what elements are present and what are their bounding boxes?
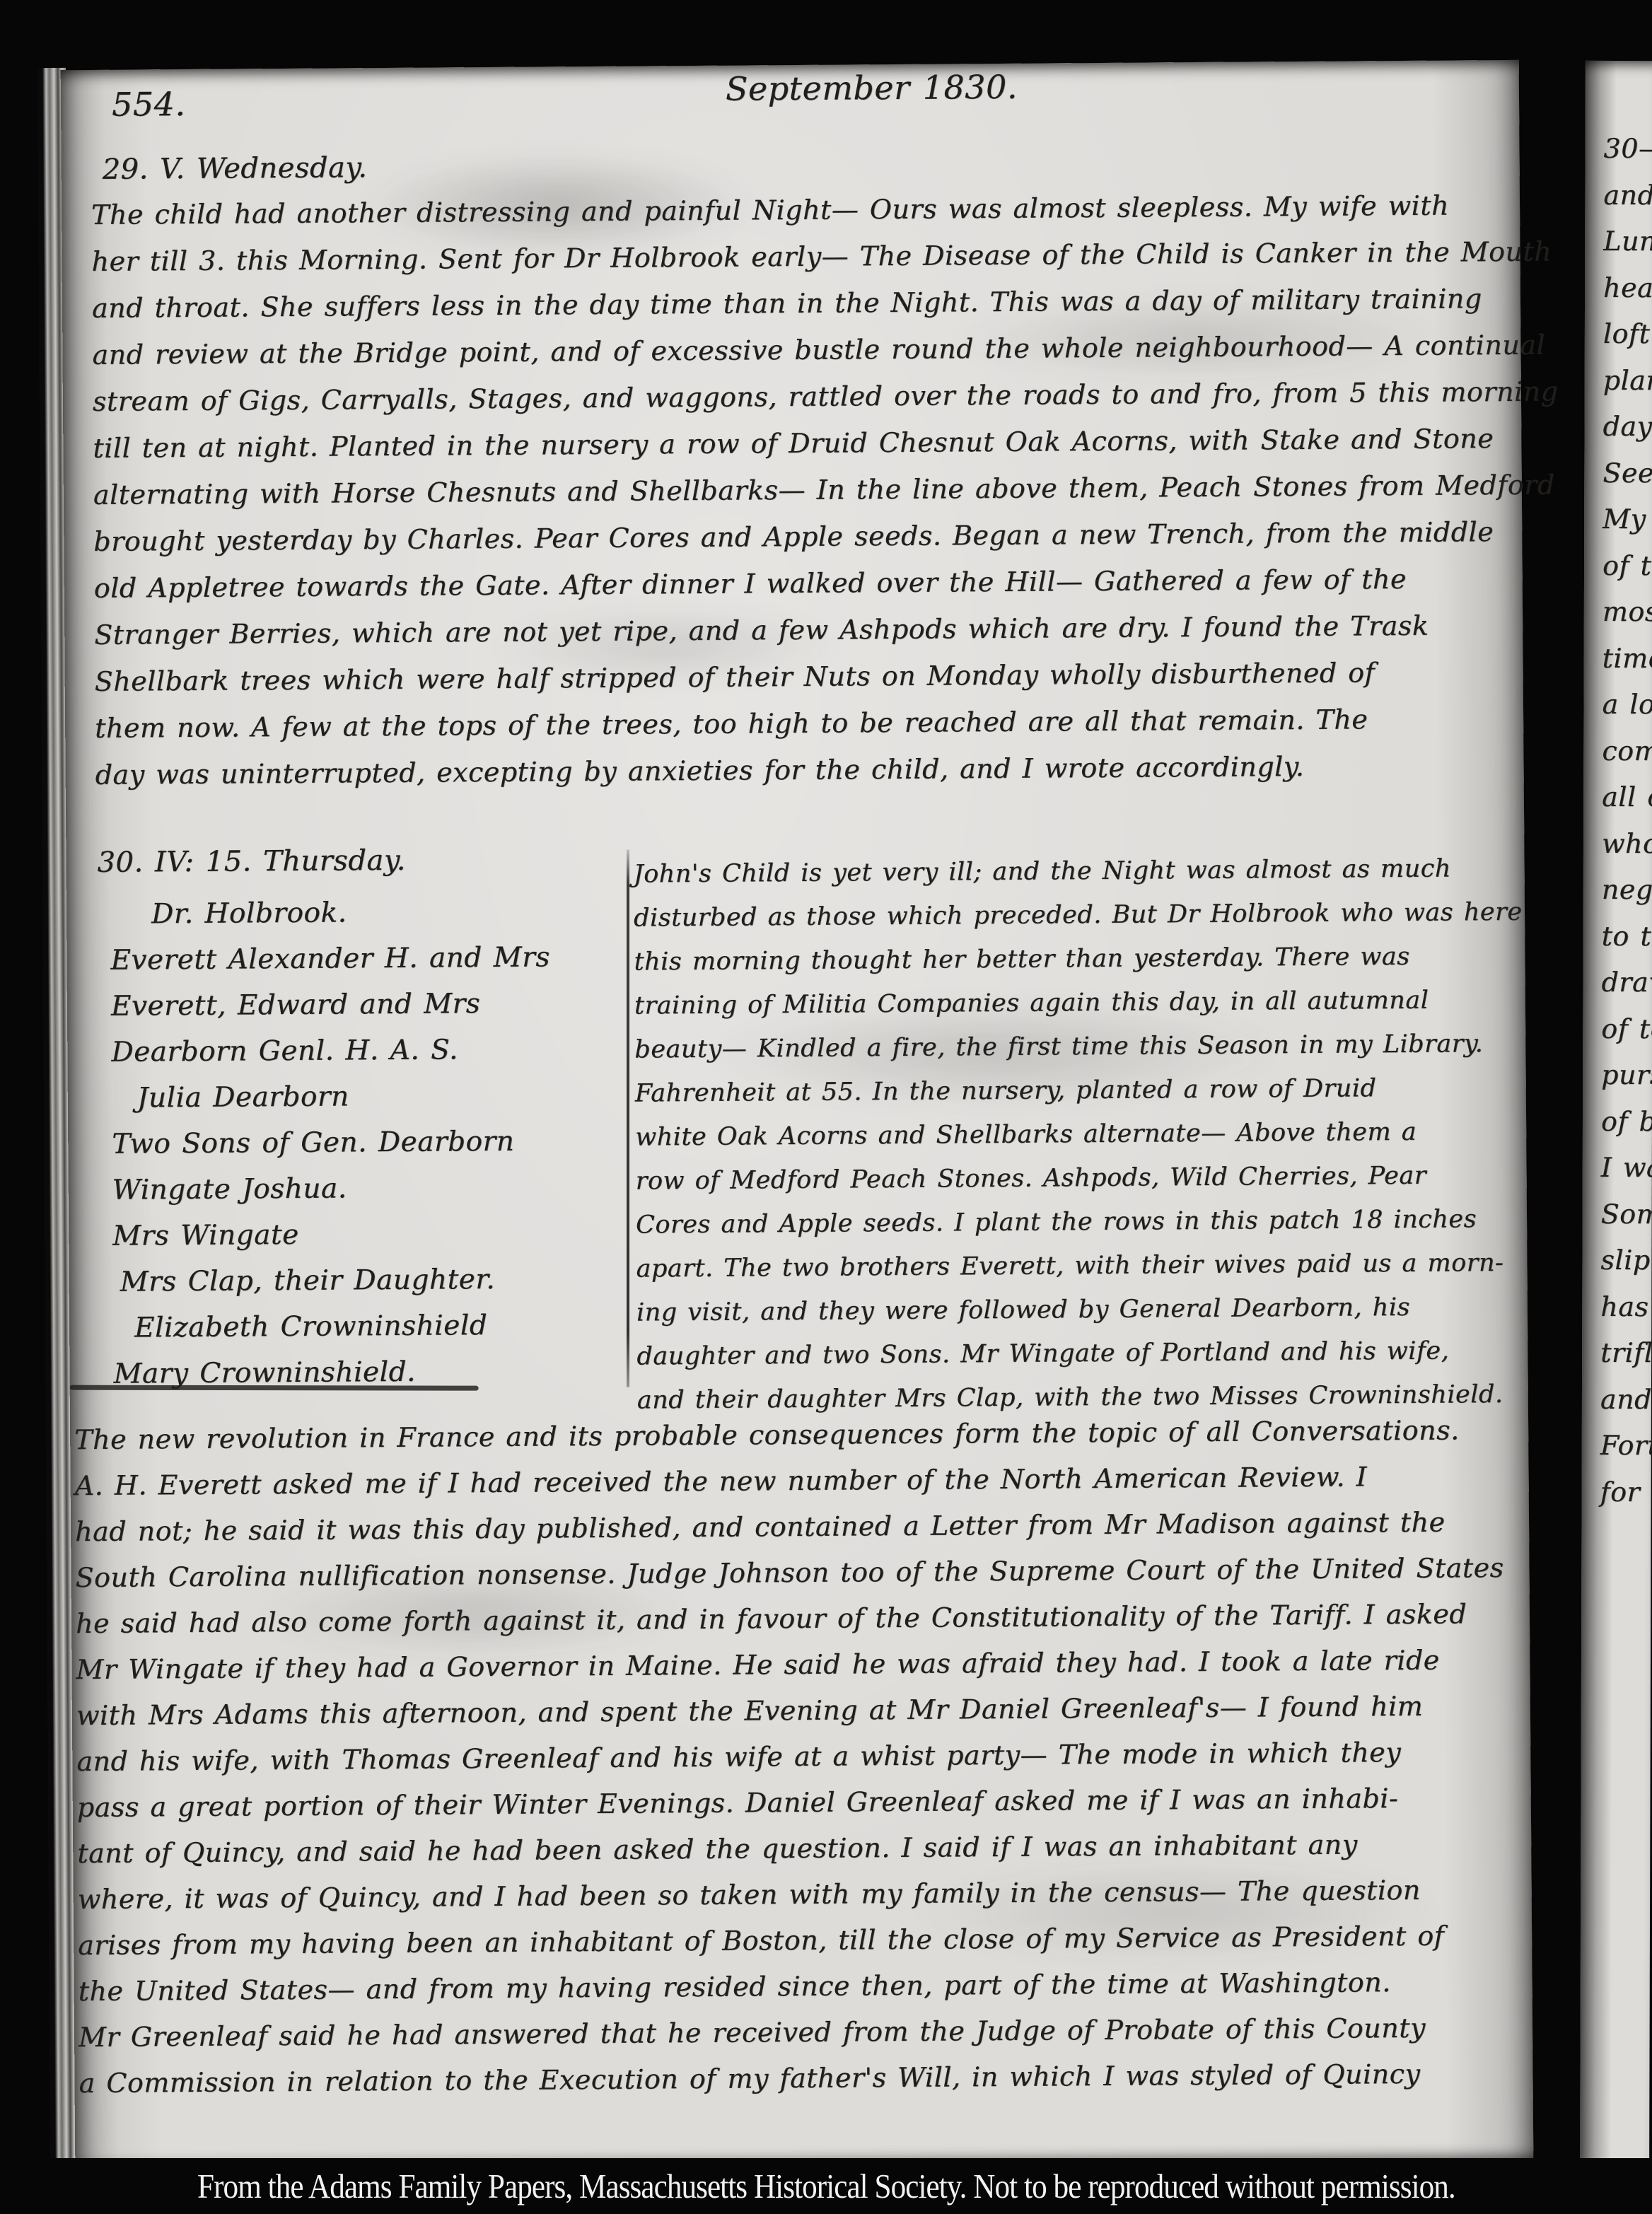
entry-sept-30-paragraph: John's Child is yet very ill; and the Ni… [633, 846, 1532, 1423]
manuscript-line: John's Child is yet very ill; and the Ni… [633, 846, 1528, 897]
manuscript-line-fragment: for a [1600, 1469, 1652, 1515]
manuscript-line: white Oak Acorns and Shellbarks alternat… [635, 1109, 1530, 1160]
manuscript-line-fragment: loft [1603, 311, 1652, 358]
visitor-name: Mrs Clap, their Daughter. [120, 1255, 664, 1305]
hand-drawn-column-divider [627, 850, 629, 1387]
manuscript-line: Fahrenheit at 55. In the nursery, plante… [635, 1066, 1530, 1116]
manuscript-line-fragment: has [1600, 1283, 1652, 1330]
visitor-name: Everett Alexander H. and Mrs [110, 933, 662, 983]
archive-caption: From the Adams Family Papers, Massachuse… [197, 2166, 1455, 2206]
manuscript-line-fragment: Som [1601, 1191, 1652, 1237]
manuscript-line-fragment: most [1602, 589, 1652, 636]
visitor-name: Dr. Holbrook. [151, 887, 662, 937]
page-number: 554. [112, 85, 186, 124]
manuscript-line: ing visit, and they were followed by Gen… [636, 1285, 1531, 1335]
manuscript-line-fragment: time, [1602, 635, 1652, 682]
manuscript-line-fragment: negl [1602, 867, 1652, 914]
next-page-text-fragments: 30—andLunehealoftplanday fSeedMy Lof thm… [1600, 126, 1652, 1515]
visitor-name: Two Sons of Gen. Dearborn [112, 1117, 663, 1167]
visitor-name: Mrs Wingate [112, 1209, 664, 1259]
manuscript-line-fragment: of th [1602, 542, 1652, 589]
entry-sept-29-paragraph: The child had another distressing and pa… [91, 182, 1520, 798]
manuscript-line-fragment: of te [1601, 1006, 1652, 1052]
manuscript-line-fragment: purs [1601, 1052, 1652, 1099]
manuscript-line-fragment: slip [1600, 1237, 1652, 1284]
visitor-name: Wingate Joshua. [112, 1163, 663, 1213]
manuscript-line: day was uninterrupted, excepting by anxi… [95, 742, 1520, 798]
manuscript-line-fragment: all c [1602, 774, 1652, 821]
closing-paragraph: The new revolution in France and its pro… [74, 1407, 1532, 2107]
visitor-name-list: Dr. Holbrook.Everett Alexander H. and Mr… [110, 887, 665, 1397]
manuscript-line: them now. A few at the tops of the trees… [95, 695, 1520, 752]
manuscript-line-fragment: My L [1602, 496, 1652, 543]
manuscript-line-fragment: hea [1603, 264, 1652, 311]
manuscript-line-fragment: I wa [1601, 1145, 1652, 1192]
manuscript-line-fragment: day f [1602, 404, 1652, 450]
manuscript-line-fragment: plan [1603, 357, 1652, 404]
manuscript-line-fragment: Seed [1602, 450, 1652, 496]
manuscript-line: Cores and Apple seeds. I plant the rows … [636, 1197, 1530, 1247]
manuscript-line-fragment: Fort [1600, 1423, 1652, 1469]
manuscript-line: this morning thought her better than yes… [634, 934, 1528, 984]
manuscript-line-fragment: and [1600, 1376, 1652, 1423]
manuscript-line-fragment: com [1602, 728, 1652, 774]
manuscript-line: apart. The two brothers Everett, with th… [636, 1241, 1530, 1291]
manuscript-line-fragment: a loft [1602, 682, 1652, 728]
next-page-sliver: 30—andLunehealoftplanday fSeedMy Lof thm… [1580, 61, 1652, 2172]
manuscript-line-fragment: to the [1602, 913, 1652, 960]
visitor-name: Everett, Edward and Mrs [111, 979, 663, 1029]
hand-drawn-horizontal-rule [70, 1385, 479, 1391]
running-header-month: September 1830. [726, 68, 1018, 108]
manuscript-line-fragment: Lune [1603, 219, 1652, 265]
entry-date-heading-sept-30: 30. IV: 15. Thursday. [97, 844, 406, 879]
manuscript-line-fragment: 30— [1603, 126, 1652, 173]
visitor-name: Elizabeth Crowninshield [134, 1301, 665, 1351]
archive-caption-bar: From the Adams Family Papers, Massachuse… [0, 2158, 1652, 2214]
manuscript-line-fragment: trifl [1600, 1330, 1652, 1377]
manuscript-line: disturbed as those which preceded. But D… [634, 890, 1528, 940]
manuscript-line: training of Militia Companies again this… [634, 978, 1529, 1028]
manuscript-line-fragment: of be [1601, 1098, 1652, 1145]
manuscript-line-fragment: whos [1602, 820, 1652, 867]
manuscript-line: beauty— Kindled a fire, the first time t… [634, 1022, 1529, 1072]
manuscript-line: row of Medford Peach Stones. Ashpods, Wi… [635, 1153, 1530, 1204]
scanned-diary-screenshot: { "colors": { "bg": "#060606", "paper": … [0, 0, 1652, 2214]
manuscript-line: a Commission in relation to the Executio… [78, 2051, 1532, 2107]
entry-date-heading-sept-29: 29. V. Wednesday. [102, 151, 367, 186]
visitor-name: Dearborn Genl. H. A. S. [111, 1025, 663, 1075]
visitor-name: Julia Dearborn [137, 1071, 663, 1121]
manuscript-line-fragment: draw [1601, 960, 1652, 1006]
manuscript-line: daughter and two Sons. Mr Wingate of Por… [636, 1329, 1531, 1379]
diary-page: 554. September 1830. 29. V. Wednesday. T… [61, 60, 1534, 2169]
manuscript-line-fragment: and [1603, 172, 1652, 219]
